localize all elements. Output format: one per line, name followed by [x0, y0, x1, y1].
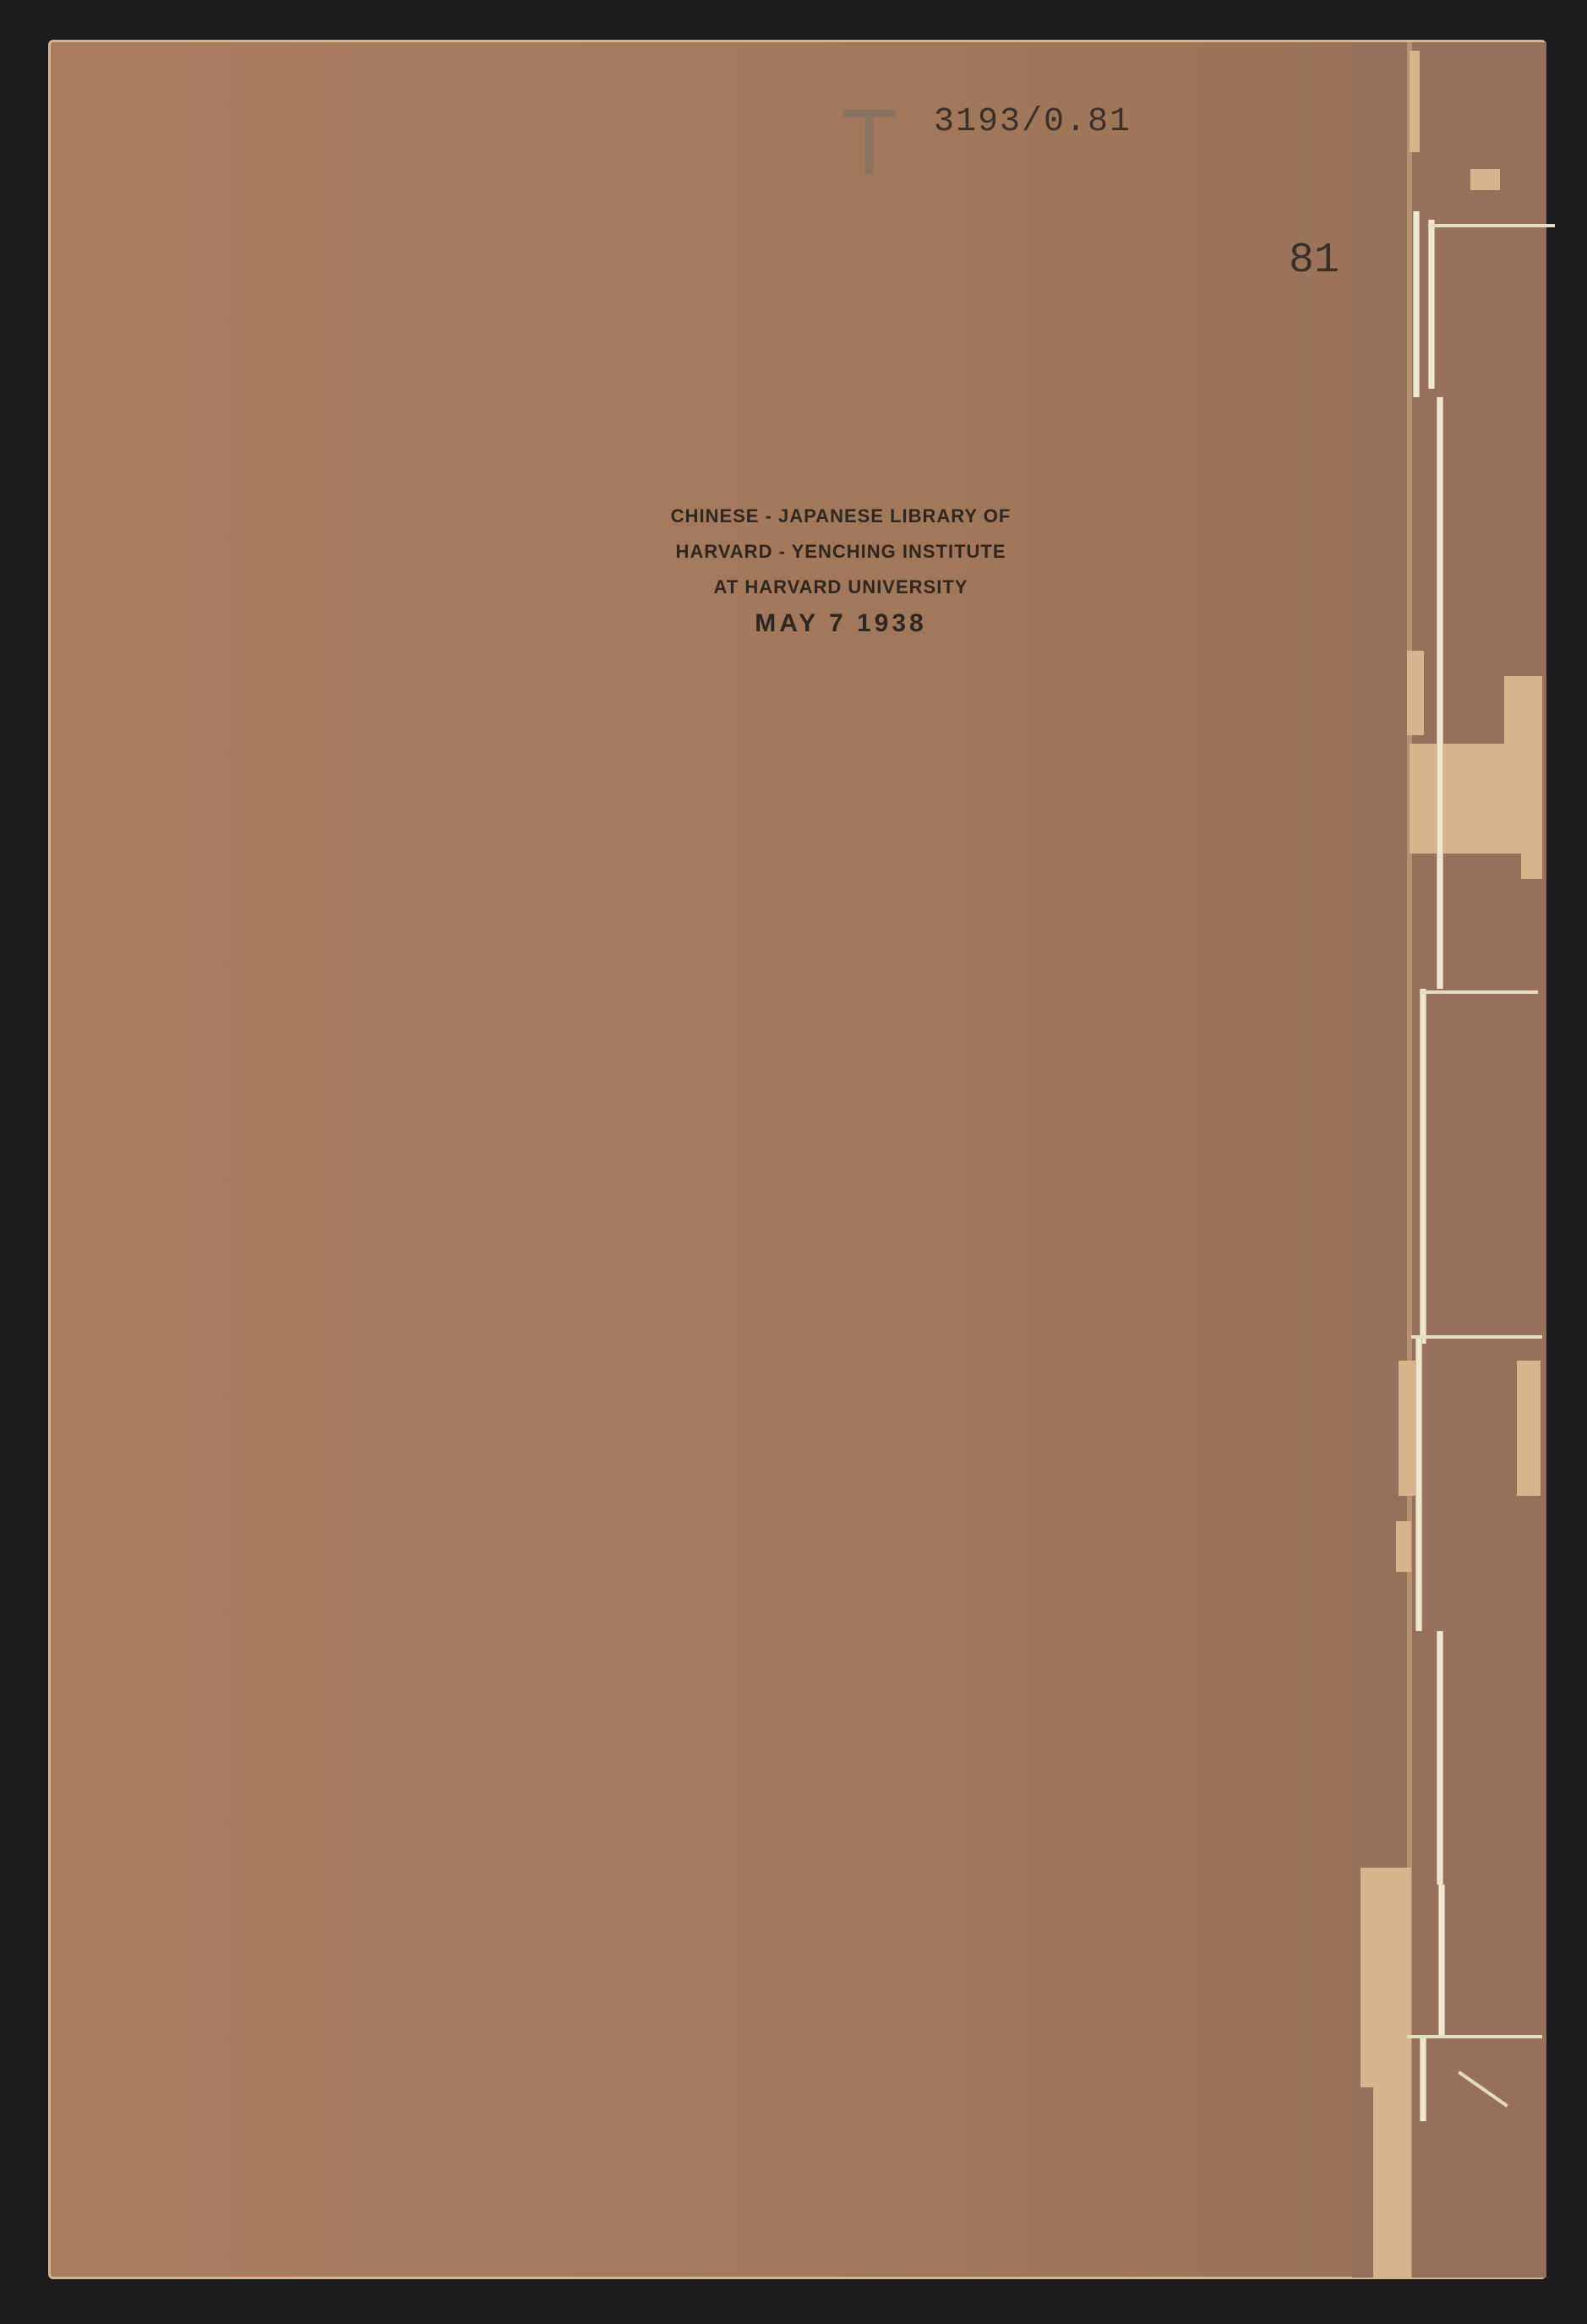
torn-patch [1521, 854, 1542, 879]
torn-patch [1396, 1521, 1411, 1572]
binding-thread [1413, 211, 1420, 397]
torn-patch [1410, 744, 1542, 854]
binding-thread [1437, 1631, 1443, 1885]
torn-patch [1504, 676, 1542, 752]
binding-thread [1420, 989, 1426, 1344]
binding-thread [1438, 1885, 1445, 2037]
torn-patch [1361, 1868, 1411, 2087]
torn-patch [1470, 169, 1500, 190]
volume-number: 81 [1289, 237, 1339, 285]
binding-thread [1420, 2037, 1426, 2121]
stamp-line-1: CHINESE - JAPANESE LIBRARY OF [655, 499, 1027, 534]
pencil-mark: T [841, 89, 897, 196]
stamp-line-3: AT HARVARD UNIVERSITY [655, 570, 1027, 605]
stamp-line-2: HARVARD - YENCHING INSTITUTE [655, 534, 1027, 570]
binding-thread [1428, 220, 1435, 389]
torn-patch [1373, 2087, 1411, 2278]
worn-patch [1407, 651, 1424, 735]
library-accession-stamp: CHINESE - JAPANESE LIBRARY OF HARVARD - … [655, 499, 1027, 642]
stamp-date: MAY 7 1938 [655, 605, 1027, 642]
binding-thread [1437, 397, 1443, 989]
worn-patch [1410, 51, 1420, 152]
binding-thread-loop [1407, 2035, 1542, 2038]
torn-patch [1517, 1361, 1541, 1496]
binding-thread-loop [1428, 224, 1555, 227]
binding-thread [1415, 1335, 1422, 1631]
binding-thread-loop [1411, 1335, 1542, 1339]
book-cover [48, 40, 1546, 2279]
binding-thread-loop [1420, 990, 1538, 994]
call-number: 3193/0.81 [934, 103, 1132, 141]
